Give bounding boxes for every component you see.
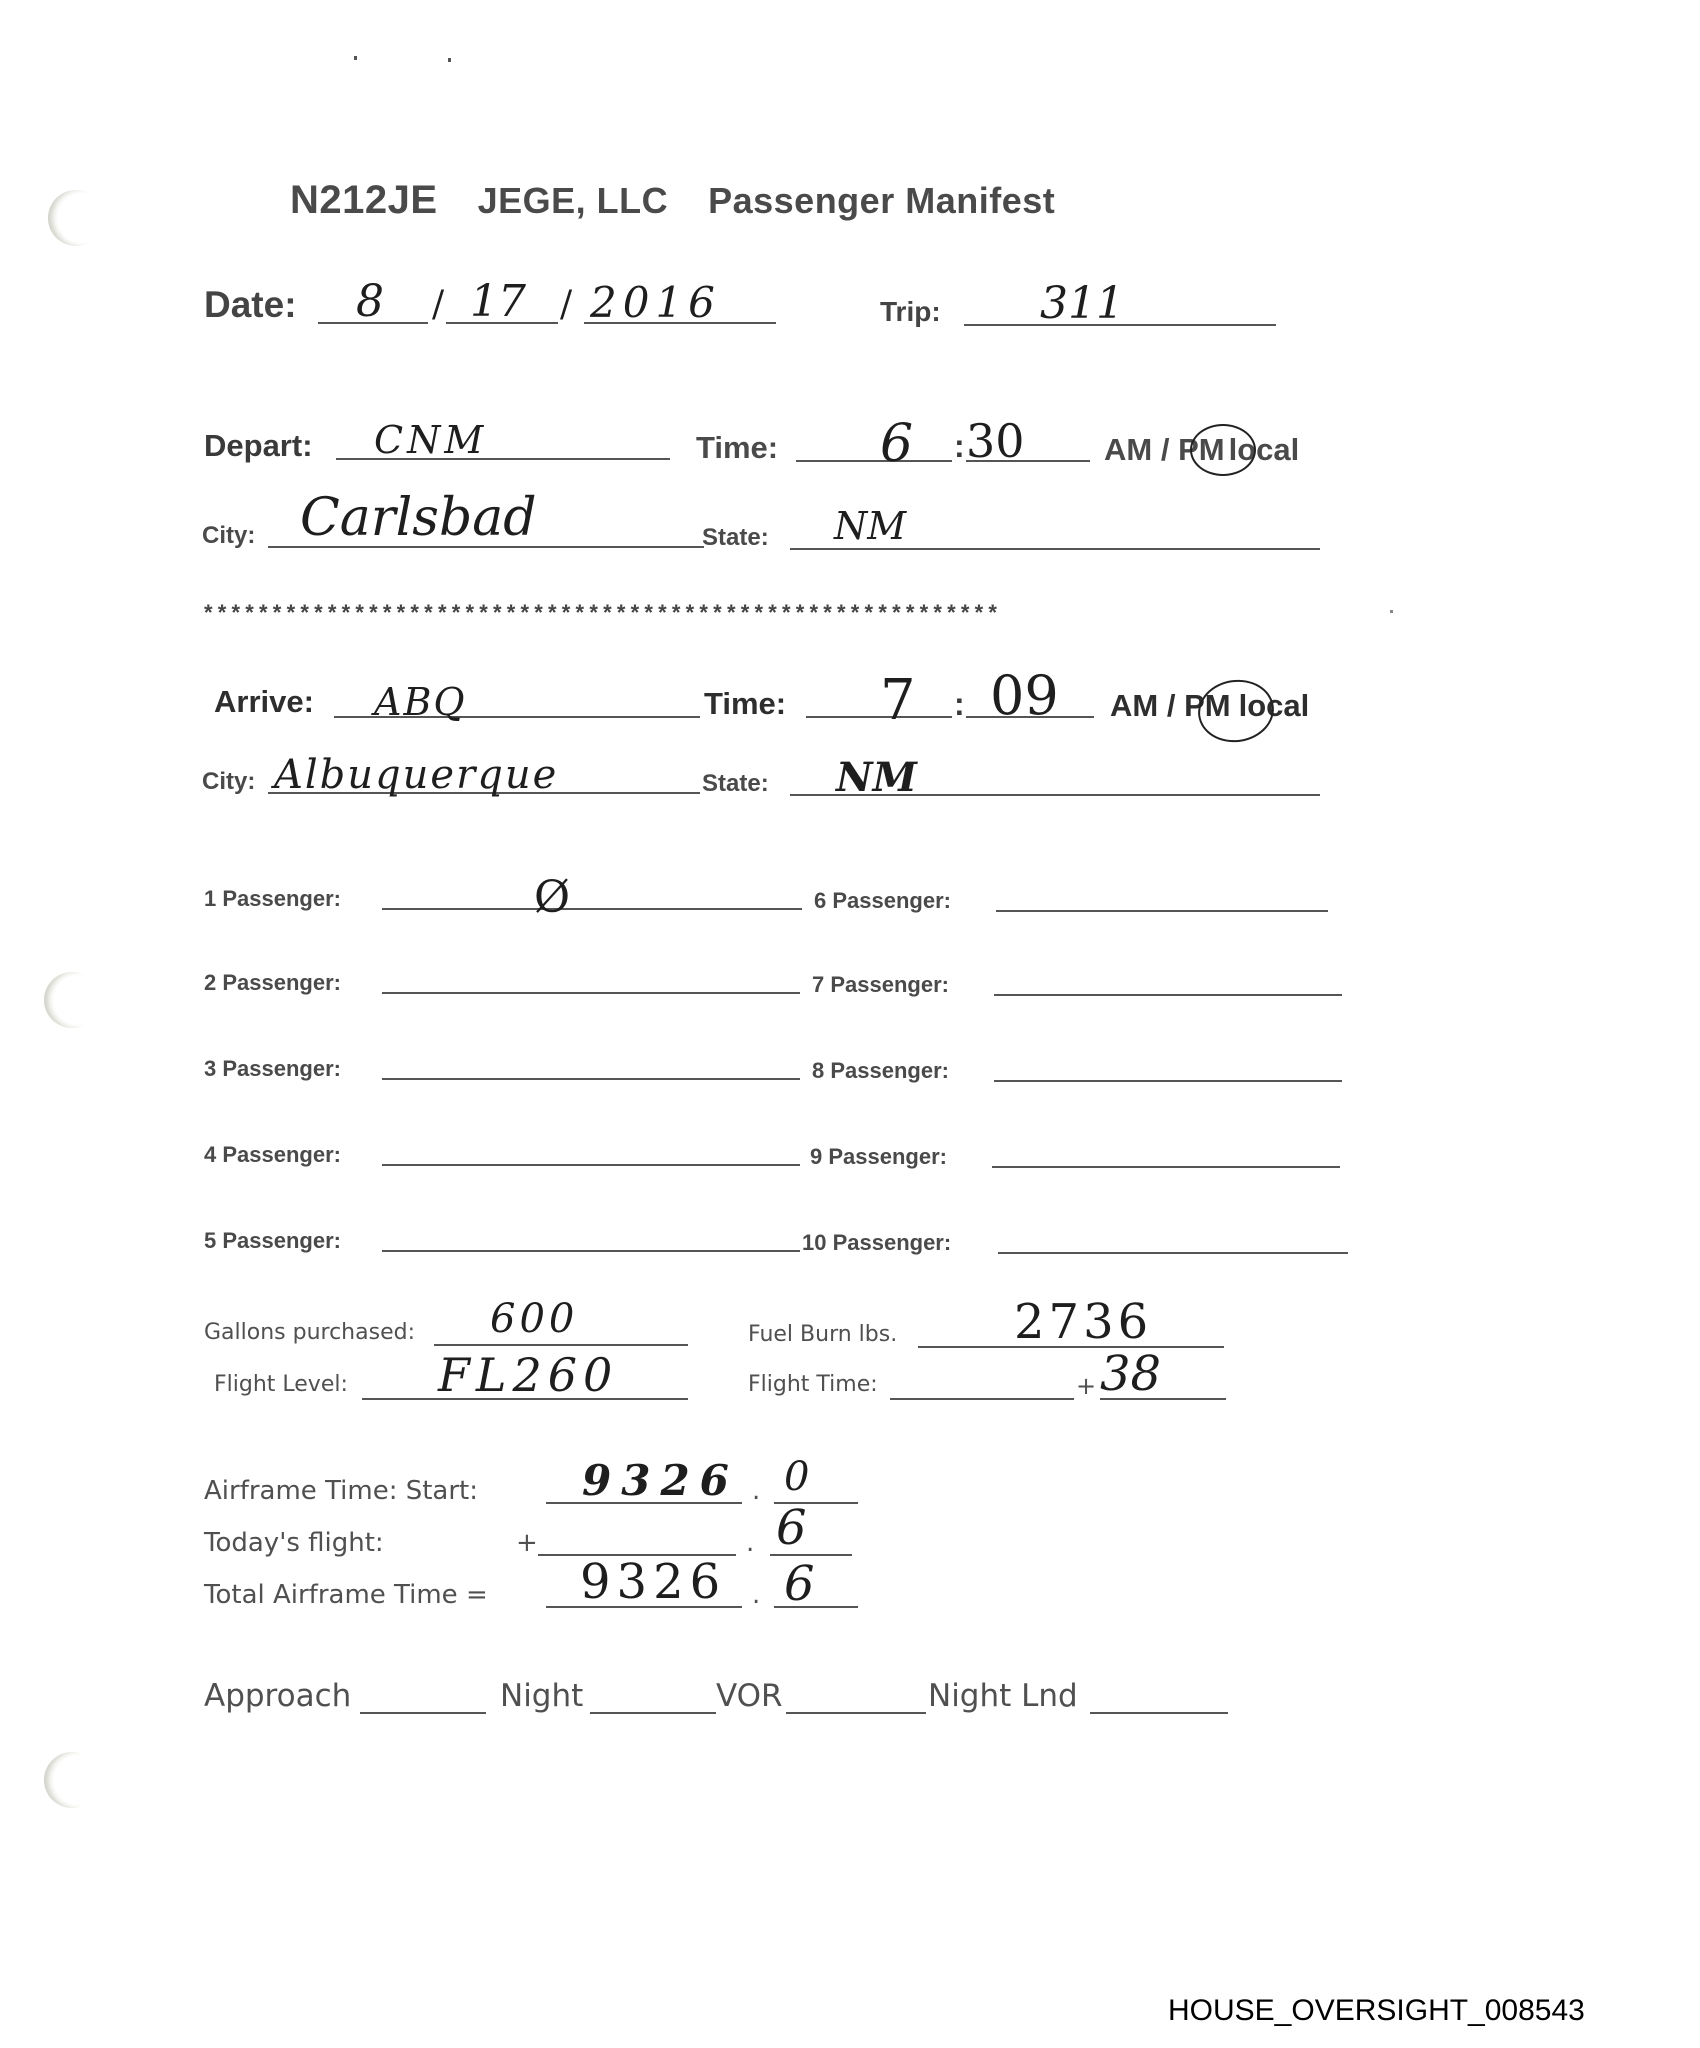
depart-time-colon: : bbox=[954, 428, 965, 465]
vor-field[interactable] bbox=[786, 1712, 926, 1714]
punch-hole-middle bbox=[44, 972, 100, 1028]
flight-time-plus: + bbox=[1076, 1372, 1096, 1400]
passenger-6-label: 6 Passenger: bbox=[814, 888, 951, 914]
airframe-start-whole-value: 9326 bbox=[582, 1456, 739, 1505]
passenger-6-field[interactable] bbox=[996, 910, 1328, 912]
passenger-3-label: 3 Passenger: bbox=[204, 1056, 341, 1082]
fuel-burn-label: Fuel Burn lbs. bbox=[748, 1322, 897, 1347]
arrive-hour-field[interactable] bbox=[806, 716, 952, 718]
night-lnd-field[interactable] bbox=[1090, 1712, 1228, 1714]
passenger-10-label: 10 Passenger: bbox=[802, 1230, 951, 1256]
flight-time-value: 38 bbox=[1100, 1346, 1161, 1402]
arrive-label: Arrive: bbox=[214, 684, 314, 720]
gallons-field[interactable] bbox=[434, 1344, 688, 1346]
flight-level-value: FL260 bbox=[438, 1348, 618, 1402]
arrive-state-label: State: bbox=[702, 770, 769, 798]
total-airframe-label: Total Airframe Time = bbox=[204, 1580, 488, 1610]
passenger-1-label: 1 Passenger: bbox=[204, 886, 341, 912]
airframe-start-tenth-value: 0 bbox=[784, 1454, 809, 1500]
passenger-10-field[interactable] bbox=[998, 1252, 1348, 1254]
depart-city-value: Carlsbad bbox=[300, 488, 537, 548]
passenger-3-field[interactable] bbox=[382, 1078, 800, 1080]
gallons-label: Gallons purchased: bbox=[204, 1320, 415, 1345]
airframe-start-label: Airframe Time: Start: bbox=[204, 1476, 478, 1506]
depart-city-label: City: bbox=[202, 522, 255, 550]
passenger-8-label: 8 Passenger: bbox=[812, 1058, 949, 1084]
night-label: Night bbox=[500, 1678, 583, 1714]
today-flight-tenth-value: 6 bbox=[776, 1500, 807, 1556]
tail-number: N212JE bbox=[290, 178, 438, 223]
arrive-minute-value: 09 bbox=[990, 664, 1059, 727]
total-airframe-tenth-value: 6 bbox=[784, 1556, 815, 1612]
depart-am-option[interactable]: AM bbox=[1104, 432, 1152, 467]
passenger-4-label: 4 Passenger: bbox=[204, 1142, 341, 1168]
flight-level-label: Flight Level: bbox=[214, 1372, 348, 1397]
passenger-5-field[interactable] bbox=[382, 1250, 800, 1252]
arrive-hour-value: 7 bbox=[880, 668, 916, 733]
total-airframe-whole-value: 9326 bbox=[580, 1554, 726, 1610]
passenger-5-label: 5 Passenger: bbox=[204, 1228, 341, 1254]
punch-hole-top bbox=[48, 190, 104, 246]
passenger-1-field[interactable] bbox=[382, 908, 802, 910]
depart-state-label: State: bbox=[702, 524, 769, 552]
gallons-value: 600 bbox=[490, 1296, 578, 1342]
approach-label: Approach bbox=[204, 1678, 351, 1714]
passenger-9-label: 9 Passenger: bbox=[810, 1144, 947, 1170]
date-sep-1: / bbox=[432, 284, 444, 325]
date-day-value: 17 bbox=[470, 276, 526, 327]
today-flight-plus: + bbox=[516, 1528, 538, 1558]
today-flight-label: Today's flight: bbox=[204, 1528, 384, 1558]
flight-time-hours-field[interactable] bbox=[890, 1398, 1074, 1400]
arrive-state-value: NM bbox=[836, 754, 917, 801]
scan-speck bbox=[354, 56, 357, 60]
form-header: N212JE JEGE, LLC Passenger Manifest bbox=[290, 178, 1055, 223]
date-label: Date: bbox=[204, 284, 297, 326]
section-divider: ****************************************… bbox=[204, 600, 1002, 626]
arrive-time-colon: : bbox=[954, 686, 965, 723]
passenger-9-field[interactable] bbox=[992, 1166, 1340, 1168]
company-name: JEGE, LLC bbox=[478, 180, 669, 222]
scan-speck bbox=[1390, 610, 1393, 613]
depart-state-field[interactable] bbox=[790, 548, 1320, 550]
arrive-city-value: Albuquerque bbox=[274, 752, 558, 798]
approach-field[interactable] bbox=[360, 1712, 486, 1714]
airframe-start-dot: . bbox=[752, 1476, 760, 1506]
trip-value: 311 bbox=[1040, 278, 1124, 329]
today-flight-dot: . bbox=[746, 1528, 754, 1558]
flight-time-label: Flight Time: bbox=[748, 1372, 878, 1397]
passenger-4-field[interactable] bbox=[382, 1164, 800, 1166]
depart-hour-value: 6 bbox=[880, 414, 913, 474]
depart-airport-value: CNM bbox=[374, 418, 487, 462]
arrive-airport-value: ABQ bbox=[374, 680, 467, 724]
date-month-value: 8 bbox=[356, 276, 384, 327]
fuel-burn-value: 2736 bbox=[1014, 1294, 1152, 1350]
depart-pm-selected-circle bbox=[1190, 424, 1256, 476]
depart-time-label: Time: bbox=[696, 430, 778, 466]
passenger-2-label: 2 Passenger: bbox=[204, 970, 341, 996]
bates-number: HOUSE_OVERSIGHT_008543 bbox=[1168, 1994, 1585, 2028]
passenger-7-label: 7 Passenger: bbox=[812, 972, 949, 998]
depart-hour-field[interactable] bbox=[796, 460, 952, 462]
arrive-city-label: City: bbox=[202, 768, 255, 796]
night-field[interactable] bbox=[590, 1712, 716, 1714]
passenger-8-field[interactable] bbox=[994, 1080, 1342, 1082]
depart-state-value: NM bbox=[834, 504, 906, 548]
trip-label: Trip: bbox=[880, 296, 941, 328]
night-lnd-label: Night Lnd bbox=[928, 1678, 1078, 1714]
depart-label: Depart: bbox=[204, 428, 313, 464]
arrive-am-option[interactable]: AM bbox=[1110, 688, 1158, 723]
arrive-time-label: Time: bbox=[704, 686, 786, 722]
passenger-2-field[interactable] bbox=[382, 992, 800, 994]
scan-speck bbox=[448, 58, 451, 62]
date-sep-2: / bbox=[560, 284, 572, 325]
punch-hole-bottom bbox=[44, 1752, 100, 1808]
passenger-7-field[interactable] bbox=[994, 994, 1342, 996]
vor-label: VOR bbox=[716, 1678, 783, 1714]
form-title: Passenger Manifest bbox=[708, 180, 1055, 222]
depart-minute-value: 30 bbox=[966, 414, 1025, 468]
passenger-1-value: Ø bbox=[534, 872, 570, 923]
total-airframe-dot: . bbox=[752, 1580, 760, 1610]
arrive-pm-selected-circle bbox=[1194, 675, 1278, 747]
date-year-value: 2016 bbox=[590, 278, 721, 327]
